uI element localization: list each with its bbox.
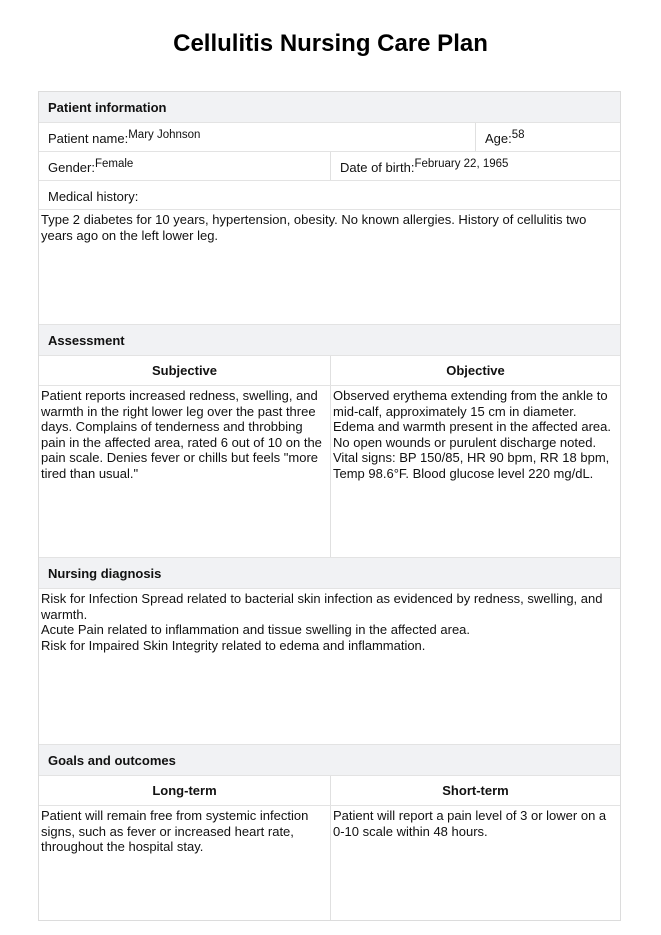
gender-field[interactable]: Gender:Female — [39, 152, 330, 180]
section-heading-assessment: Assessment — [39, 325, 620, 355]
long-term-text[interactable]: Patient will remain free from systemic i… — [39, 806, 330, 920]
section-heading-goals-and-outcomes: Goals and outcomes — [39, 745, 620, 775]
patient-name-label: Patient name: — [48, 131, 128, 146]
gender-label: Gender: — [48, 160, 95, 175]
page-title: Cellulitis Nursing Care Plan — [0, 30, 661, 58]
diagnosis-item: Risk for Infection Spread related to bac… — [41, 591, 618, 622]
subjective-heading: Subjective — [39, 356, 330, 385]
age-field[interactable]: Age:58 — [475, 123, 620, 151]
diagnosis-item: Acute Pain related to inflammation and t… — [41, 622, 618, 638]
goals-header-row: Goals and outcomes — [39, 745, 620, 776]
section-heading-nursing-diagnosis: Nursing diagnosis — [39, 558, 620, 588]
short-term-heading: Short-term — [330, 776, 620, 805]
medical-history-text[interactable]: Type 2 diabetes for 10 years, hypertensi… — [39, 210, 620, 324]
objective-text[interactable]: Observed erythema extending from the ank… — [330, 386, 620, 557]
assessment-header-row: Assessment — [39, 325, 620, 356]
subjective-text[interactable]: Patient reports increased redness, swell… — [39, 386, 330, 557]
short-term-text[interactable]: Patient will report a pain level of 3 or… — [330, 806, 620, 920]
age-value: 58 — [512, 129, 525, 141]
nursing-diagnosis-row: Risk for Infection Spread related to bac… — [39, 589, 620, 745]
assessment-subheader-row: Subjective Objective — [39, 356, 620, 386]
age-label: Age: — [485, 131, 512, 146]
nursing-diagnosis-text[interactable]: Risk for Infection Spread related to bac… — [39, 589, 620, 744]
assessment-content-row: Patient reports increased redness, swell… — [39, 386, 620, 558]
gender-value: Female — [95, 158, 133, 170]
patient-information-header-row: Patient information — [39, 92, 620, 123]
date-of-birth-value: February 22, 1965 — [414, 158, 508, 170]
patient-name-field[interactable]: Patient name:Mary Johnson — [39, 123, 475, 151]
goals-content-row: Patient will remain free from systemic i… — [39, 806, 620, 920]
date-of-birth-label: Date of birth: — [340, 160, 414, 175]
goals-subheader-row: Long-term Short-term — [39, 776, 620, 806]
long-term-heading: Long-term — [39, 776, 330, 805]
medical-history-label: Medical history: — [39, 181, 620, 209]
diagnosis-item: Risk for Impaired Skin Integrity related… — [41, 638, 618, 654]
medical-history-label-row: Medical history: — [39, 181, 620, 210]
section-heading-patient-information: Patient information — [39, 92, 620, 122]
objective-heading: Objective — [330, 356, 620, 385]
care-plan-form: Patient information Patient name:Mary Jo… — [38, 91, 621, 921]
nursing-diagnosis-header-row: Nursing diagnosis — [39, 558, 620, 589]
patient-name-row: Patient name:Mary Johnson Age:58 — [39, 123, 620, 152]
gender-dob-row: Gender:Female Date of birth:February 22,… — [39, 152, 620, 181]
patient-name-value: Mary Johnson — [128, 129, 200, 141]
medical-history-row: Type 2 diabetes for 10 years, hypertensi… — [39, 210, 620, 325]
date-of-birth-field[interactable]: Date of birth:February 22, 1965 — [330, 152, 620, 180]
